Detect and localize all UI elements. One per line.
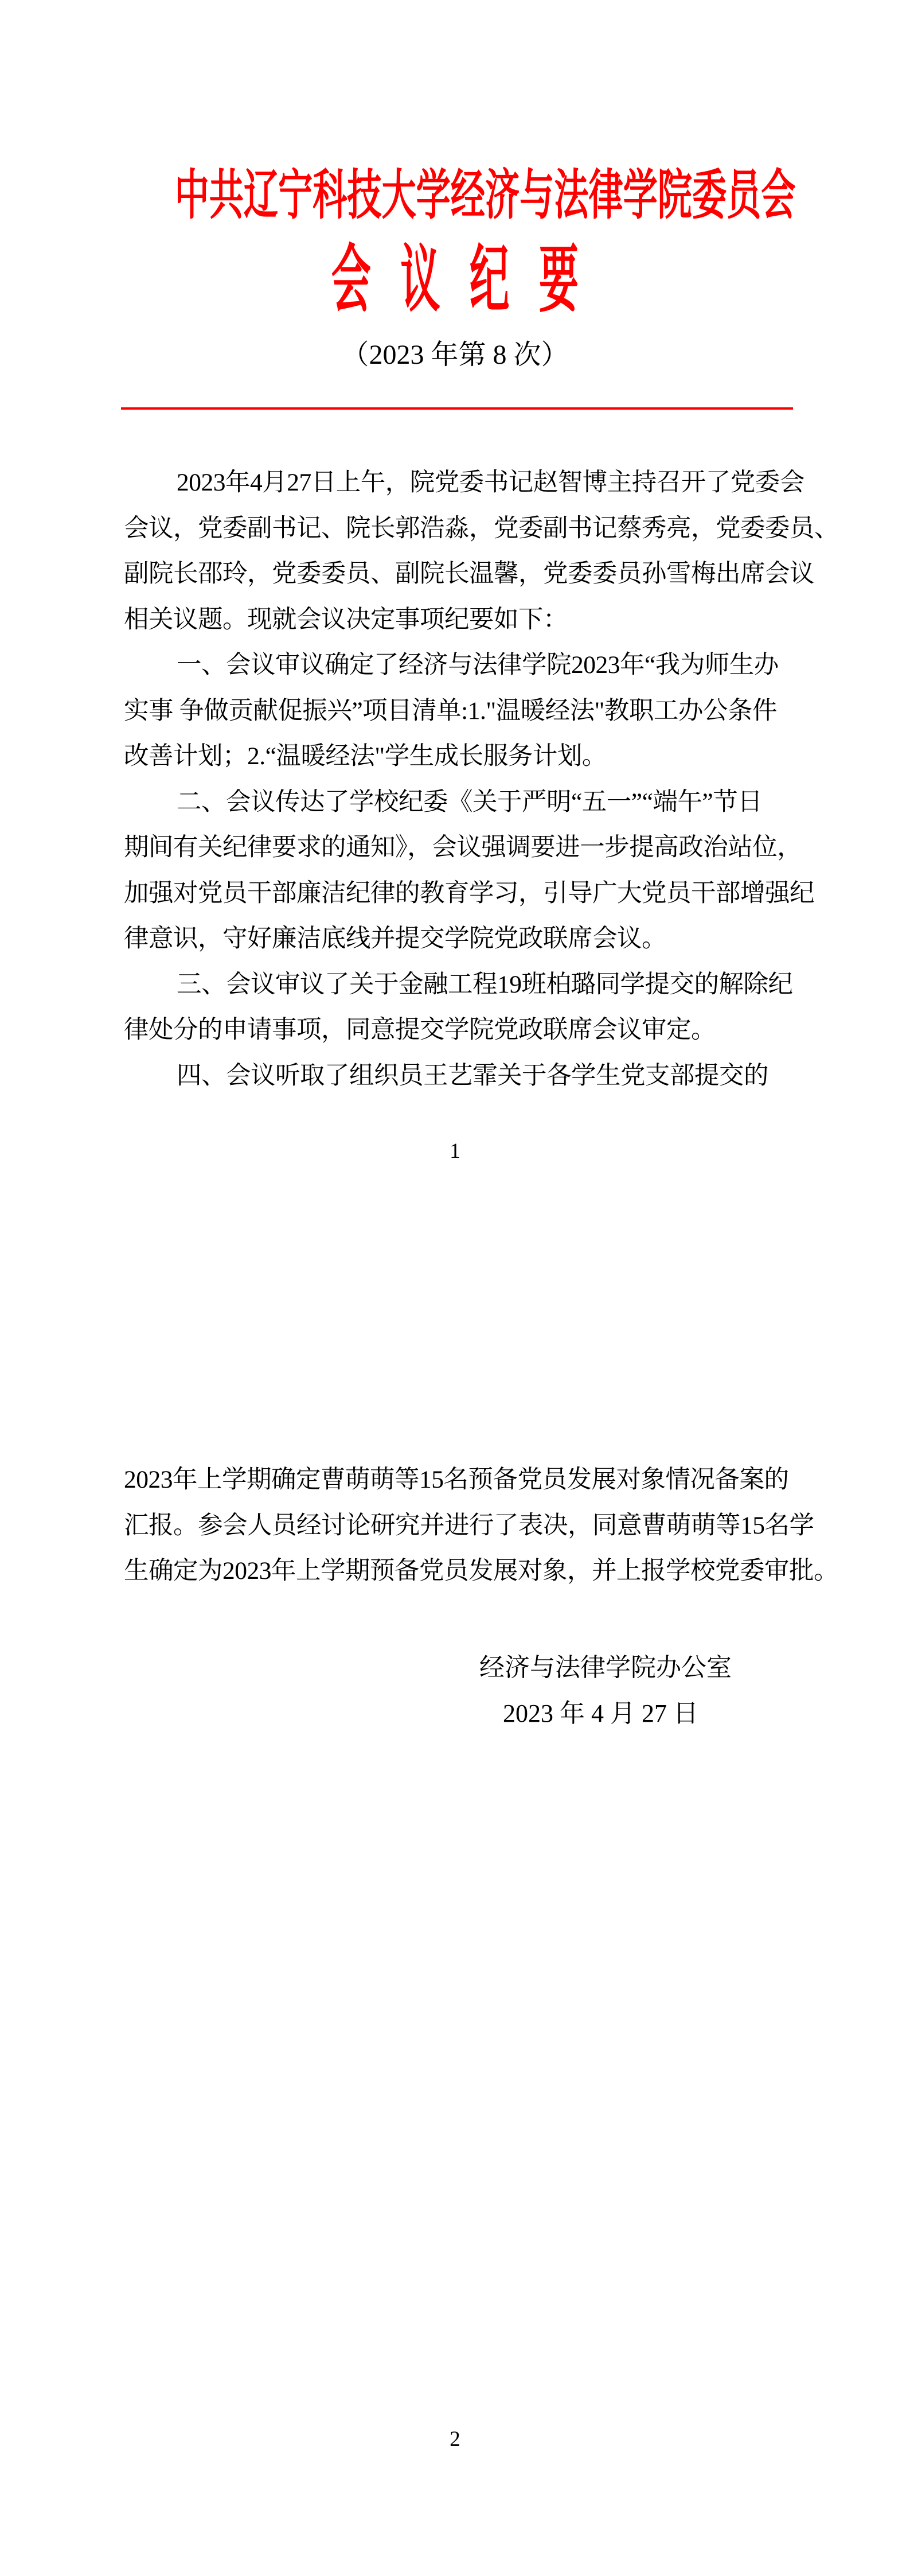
body-line: 一、会议审议确定了经济与法律学院2023年“我为师生办 [124, 643, 806, 688]
page-1: 中共辽宁科技大学经济与法律学院委员会 会 议 纪 要 （2023 年第 8 次）… [0, 0, 910, 1288]
document-type-text: 会 议 纪 要 [331, 243, 579, 317]
issuer-title-text: 中共辽宁科技大学经济与法律学院委员会 [175, 168, 796, 222]
document-type-title: 会 议 纪 要 [0, 243, 910, 317]
body-line: 2023年上学期确定曹萌萌等15名预备党员发展对象情况备案的 [124, 1457, 806, 1503]
body-line: 律意识，守好廉洁底线并提交学院党政联席会议。 [124, 916, 806, 962]
body-line: 三、会议审议了关于金融工程19班柏璐同学提交的解除纪 [124, 962, 806, 1008]
meeting-session-subtitle: （2023 年第 8 次） [0, 339, 910, 371]
page1-body: 2023年4月27日上午，院党委书记赵智博主持召开了党委会会议，党委副书记、院长… [124, 460, 806, 1099]
signature-office: 经济与法律学院办公室 [479, 1654, 732, 1682]
page-number-2: 2 [0, 2427, 910, 2452]
body-line: 改善计划；2.“温暖经法"学生成长服务计划。 [124, 734, 806, 780]
body-line: 期间有关纪律要求的通知》，会议强调要进一步提高政治站位， [124, 825, 806, 871]
page2-body: 2023年上学期确定曹萌萌等15名预备党员发展对象情况备案的汇报。参会人员经讨论… [124, 1457, 806, 1594]
body-line: 会议，党委副书记、院长郭浩淼，党委副书记蔡秀亮，党委委员、 [124, 506, 806, 552]
body-line: 生确定为2023年上学期预备党员发展对象，并上报学校党委审批。 [124, 1548, 806, 1594]
meeting-minutes-document: 中共辽宁科技大学经济与法律学院委员会 会 议 纪 要 （2023 年第 8 次）… [0, 0, 910, 2576]
red-divider-line [121, 407, 793, 410]
body-line: 相关议题。现就会议决定事项纪要如下： [124, 597, 806, 643]
page-2: 2023年上学期确定曹萌萌等15名预备党员发展对象情况备案的汇报。参会人员经讨论… [0, 1288, 910, 2576]
document-issuer-title: 中共辽宁科技大学经济与法律学院委员会 [0, 168, 910, 222]
body-line: 2023年4月27日上午，院党委书记赵智博主持召开了党委会 [124, 460, 806, 506]
page-number-1: 1 [0, 1139, 910, 1164]
body-line: 加强对党员干部廉洁纪律的教育学习，引导广大党员干部增强纪 [124, 871, 806, 917]
body-line: 实事 争做贡献促振兴”项目清单:1."温暖经法"教职工办公条件 [124, 688, 806, 734]
body-line: 汇报。参会人员经讨论研究并进行了表决，同意曹萌萌等15名学 [124, 1503, 806, 1549]
body-line: 副院长邵玲，党委委员、副院长温馨，党委委员孙雪梅出席会议 [124, 551, 806, 597]
body-line: 律处分的申请事项，同意提交学院党政联席会议审定。 [124, 1007, 806, 1053]
signature-date: 2023 年 4 月 27 日 [503, 1700, 698, 1727]
body-line: 四、会议听取了组织员王艺霏关于各学生党支部提交的 [124, 1053, 806, 1099]
body-line: 二、会议传达了学校纪委《关于严明“五一”“端午”节日 [124, 780, 806, 826]
